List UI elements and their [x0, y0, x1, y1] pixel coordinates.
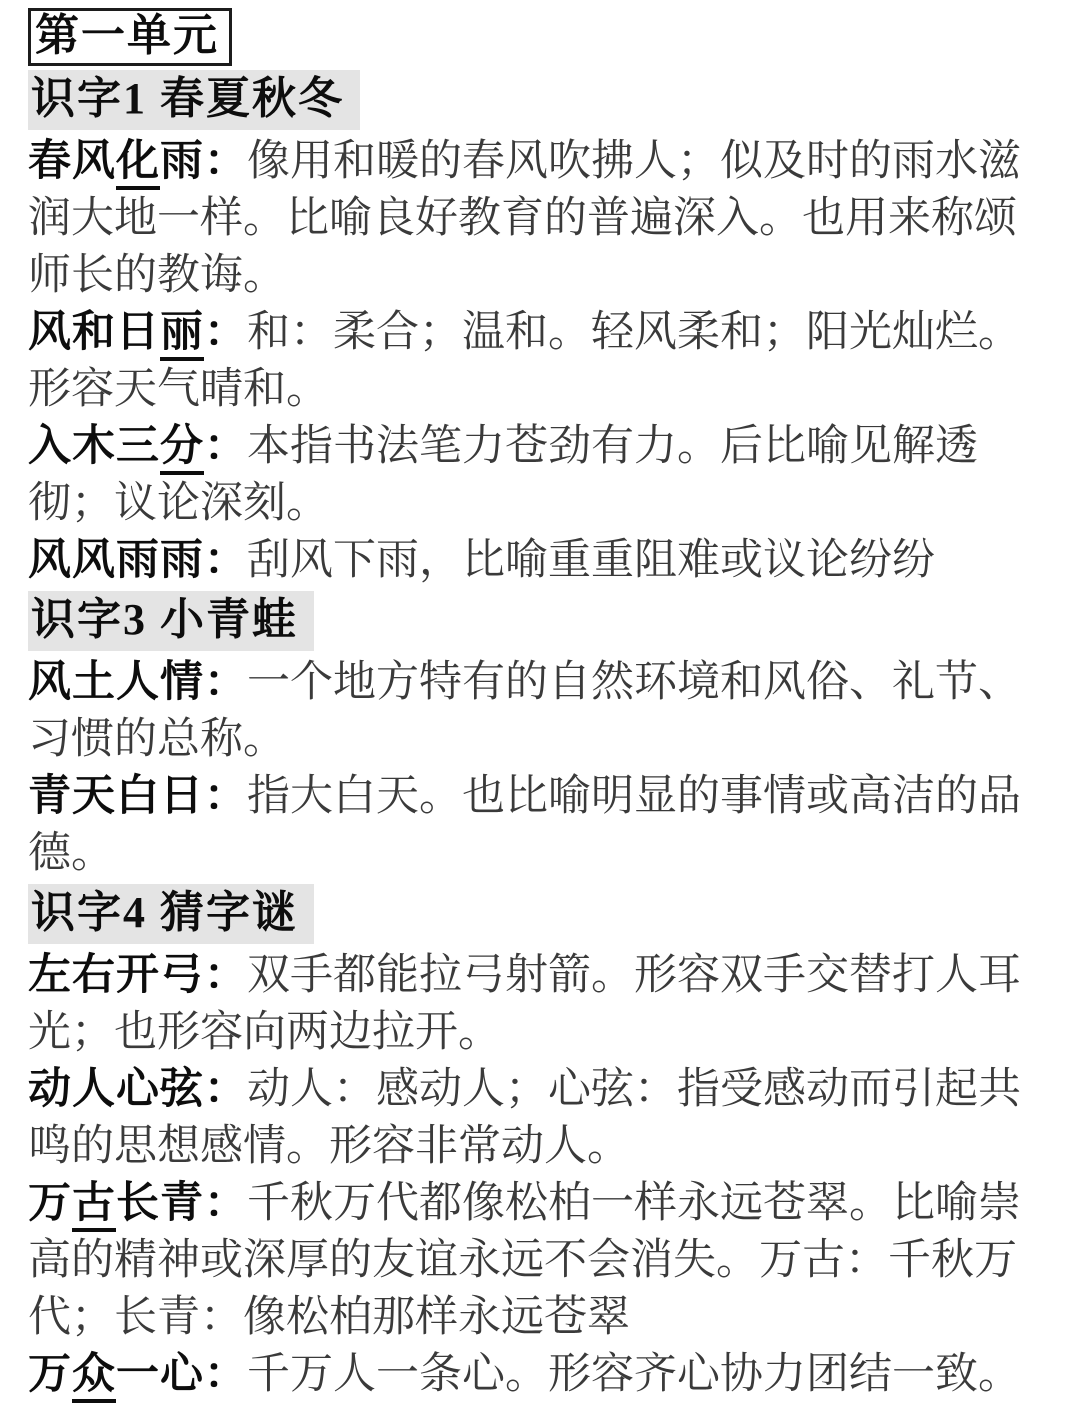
entry-headword: 春风化雨：: [28, 138, 247, 190]
lesson-heading-row: 识字1 春夏秋冬: [28, 70, 1058, 130]
headword-colon: ：: [204, 1180, 247, 1227]
headword-pre: 万: [28, 1351, 72, 1398]
headword-colon: ：: [204, 138, 247, 185]
vocab-study-sheet: 第一单元 识字1 春夏秋冬 春风化雨：像用和暖的春风吹拂人；似及时的雨水滋润大地…: [28, 8, 1058, 1403]
idiom-entry-fengturenqing: 风土人情：一个地方特有的自然环境和风俗、礼节、习惯的总称。: [28, 654, 1058, 768]
headword-colon: ：: [204, 309, 247, 356]
document-page: { "page": { "background_color": "#ffffff…: [0, 0, 1080, 1413]
headword-pre: 春风: [28, 138, 116, 185]
headword-underlined-char: 众: [72, 1351, 116, 1403]
headword-pre: 风风雨雨: [28, 537, 204, 584]
unit-title: 第一单元: [28, 8, 232, 66]
idiom-entry-qingtianbairi: 青天白日：指大白天。也比喻明显的事情或高洁的品德。: [28, 768, 1058, 882]
headword-colon: ：: [204, 1066, 247, 1113]
headword-post: 一心: [116, 1351, 204, 1398]
entry-headword: 风风雨雨：: [28, 537, 247, 584]
lesson-heading-shizi3: 识字3 小青蛙: [28, 591, 314, 651]
headword-colon: ：: [204, 423, 247, 470]
headword-post: 雨: [160, 138, 204, 185]
entry-headword: 风和日丽：: [28, 309, 247, 361]
entry-definition: 千万人一条心。形容齐心协力团结一致。: [247, 1351, 1021, 1398]
entry-headword: 入木三分：: [28, 423, 247, 475]
lesson-heading-shizi4: 识字4 猜字谜: [28, 884, 314, 944]
idiom-entry-fengfengyuyu: 风风雨雨：刮风下雨，比喻重重阻难或议论纷纷: [28, 532, 1058, 589]
idiom-entry-wanguchangqing: 万古长青：千秋万代都像松柏一样永远苍翠。比喻崇高的精神或深厚的友谊永远不会消失。…: [28, 1175, 1058, 1346]
headword-pre: 左右开弓: [28, 952, 204, 999]
headword-colon: ：: [204, 1351, 247, 1398]
headword-pre: 风土人情: [28, 659, 204, 706]
headword-pre: 动人心弦: [28, 1066, 204, 1113]
idiom-entry-dongrenxinxian: 动人心弦：动人：感动人；心弦：指受感动而引起共鸣的思想感情。形容非常动人。: [28, 1061, 1058, 1175]
unit-title-row: 第一单元: [28, 8, 1058, 66]
headword-pre: 风和日: [28, 309, 160, 356]
idiom-entry-rumusanfen: 入木三分：本指书法笔力苍劲有力。后比喻见解透彻；议论深刻。: [28, 418, 1058, 532]
headword-post: 长青: [116, 1180, 204, 1227]
headword-underlined-char: 丽: [160, 309, 204, 361]
entry-headword: 青天白日：: [28, 773, 247, 820]
idiom-entry-zuoyoukaigong: 左右开弓：双手都能拉弓射箭。形容双手交替打人耳光；也形容向两边拉开。: [28, 947, 1058, 1061]
headword-colon: ：: [204, 773, 247, 820]
headword-pre: 青天白日: [28, 773, 204, 820]
entry-headword: 风土人情：: [28, 659, 247, 706]
headword-pre: 万: [28, 1180, 72, 1227]
entry-headword: 动人心弦：: [28, 1066, 247, 1113]
headword-pre: 入木三: [28, 423, 160, 470]
entry-headword: 左右开弓：: [28, 952, 247, 999]
headword-colon: ：: [204, 537, 247, 584]
lesson-heading-shizi1: 识字1 春夏秋冬: [28, 70, 360, 130]
lesson-heading-row: 识字3 小青蛙: [28, 591, 1058, 651]
idiom-entry-chunfenghuayu: 春风化雨：像用和暖的春风吹拂人；似及时的雨水滋润大地一样。比喻良好教育的普遍深入…: [28, 133, 1058, 304]
entry-headword: 万众一心：: [28, 1351, 247, 1403]
headword-colon: ：: [204, 952, 247, 999]
headword-underlined-char: 分: [160, 423, 204, 475]
entry-definition: 刮风下雨，比喻重重阻难或议论纷纷: [247, 537, 935, 584]
entry-headword: 万古长青：: [28, 1180, 247, 1232]
headword-underlined-char: 化: [116, 138, 160, 190]
lesson-heading-row: 识字4 猜字谜: [28, 884, 1058, 944]
headword-underlined-char: 古: [72, 1180, 116, 1232]
idiom-entry-fengheri li: 风和日丽：和：柔合；温和。轻风柔和；阳光灿烂。形容天气晴和。: [28, 304, 1058, 418]
idiom-entry-wanzhongyixin: 万众一心：千万人一条心。形容齐心协力团结一致。: [28, 1346, 1058, 1403]
headword-colon: ：: [204, 659, 247, 706]
